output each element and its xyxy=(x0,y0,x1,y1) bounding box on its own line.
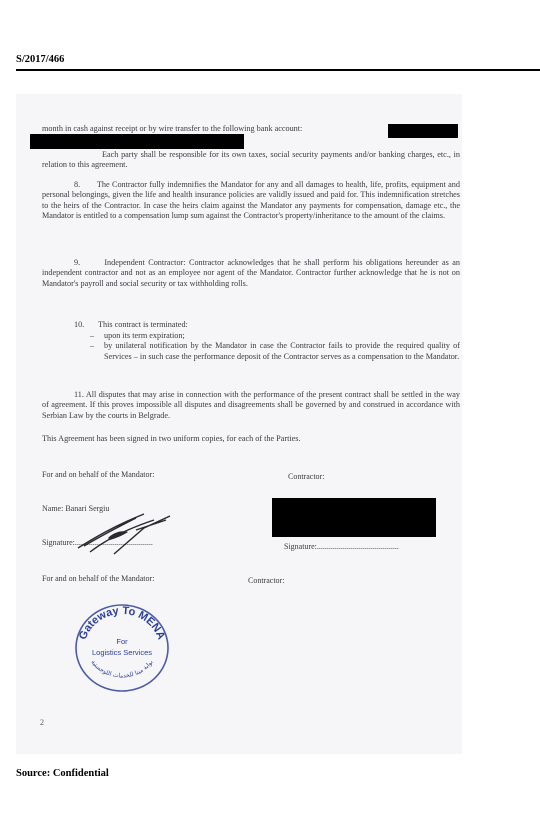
source-note: Source: Confidential xyxy=(16,768,109,779)
mandator-label: For and on behalf of the Mandator: xyxy=(42,470,154,479)
para9-text: Independent Contractor: Contractor ackno… xyxy=(42,258,460,288)
para9: 9. Independent Contractor: Contractor ac… xyxy=(42,258,460,289)
stamp-arabic-text: بوابة مينا للخدمات اللوجستية xyxy=(89,659,154,680)
mandator-label-2: For and on behalf of the Mandator: xyxy=(42,574,154,583)
para8-text: The Contractor fully indemnifies the Man… xyxy=(42,180,460,220)
company-stamp-icon: Gateway To MENA For Logistics Services ب… xyxy=(70,598,174,694)
para11: 11. All disputes that may arise in conne… xyxy=(42,390,460,421)
termination-list: upon its term expiration; by unilateral … xyxy=(90,331,460,362)
para8-number: 8. xyxy=(74,180,80,189)
document-symbol: S/2017/466 xyxy=(16,54,64,65)
termination-item: upon its term expiration; xyxy=(90,331,460,341)
para10-heading: This contract is terminated: xyxy=(98,320,188,330)
svg-text:Gateway To MENA: Gateway To MENA xyxy=(77,605,167,642)
contractor-signature-line: Signature:..............................… xyxy=(284,542,399,551)
svg-text:بوابة مينا للخدمات اللوجستية: بوابة مينا للخدمات اللوجستية xyxy=(89,659,154,680)
stamp-line1: For xyxy=(116,637,128,646)
para10-number: 10. xyxy=(74,320,84,330)
contractor-label: Contractor: xyxy=(288,472,324,481)
redaction-bank-account-1 xyxy=(388,124,458,138)
stamp-arc-text: Gateway To MENA xyxy=(77,605,167,642)
redaction-contractor-name xyxy=(272,498,436,537)
payment-line: month in cash against receipt or by wire… xyxy=(42,124,382,134)
contractor-label-2: Contractor: xyxy=(248,576,284,585)
termination-item: by unilateral notification by the Mandat… xyxy=(90,341,460,362)
para9-number: 9. xyxy=(74,258,80,267)
para8: 8. The Contractor fully indemnifies the … xyxy=(42,180,460,222)
handwritten-signature-icon xyxy=(74,508,184,558)
page-number: 2 xyxy=(40,718,44,727)
redaction-bank-account-2 xyxy=(30,134,244,149)
stamp-line2: Logistics Services xyxy=(92,648,152,657)
header-rule xyxy=(16,69,540,71)
closing-statement: This Agreement has been signed in two un… xyxy=(42,434,460,444)
para7-taxes: Each party shall be responsible for its … xyxy=(42,150,460,171)
